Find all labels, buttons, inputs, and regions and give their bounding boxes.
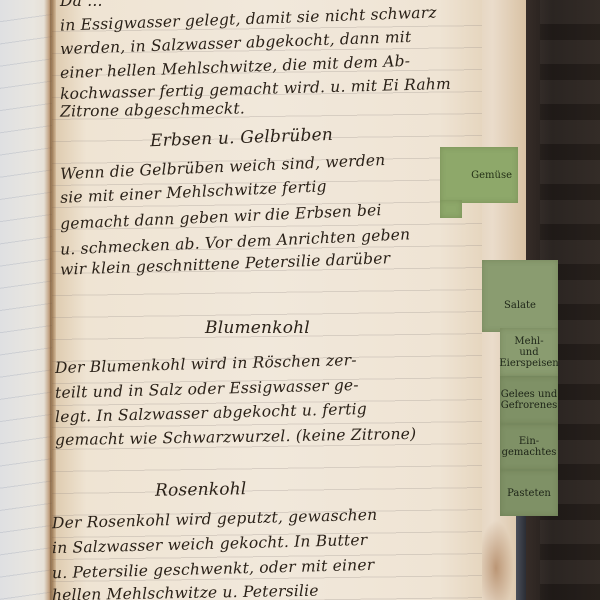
recipe-heading: Blumenkohl [205, 318, 310, 338]
notebook-photo: Da ... in Essigwasser gelegt, damit sie … [0, 0, 600, 600]
tab-label: Pasteten [507, 488, 551, 499]
index-tab-pasteten[interactable]: Pasteten [500, 470, 558, 516]
index-tab-gemuese[interactable]: Gemüse [440, 147, 518, 203]
text-line: Da ... [60, 0, 103, 10]
index-tab-mehl-und-eierspeisen[interactable]: Mehl- und Eierspeisen [500, 328, 558, 376]
tab-label: Gelees und Gefrorenes [501, 389, 558, 411]
index-tab-eingemachtes[interactable]: Ein- gemachtes [500, 424, 558, 470]
index-tab-salate[interactable]: Salate [482, 260, 558, 332]
tab-notch [440, 200, 462, 218]
page-stain [478, 520, 514, 600]
tab-label: Ein- gemachtes [502, 436, 557, 458]
tab-label: Mehl- und Eierspeisen [499, 336, 558, 369]
tab-label: Gemüse [471, 170, 512, 181]
index-tab-gelees-und-gefrorenes[interactable]: Gelees und Gefrorenes [500, 376, 558, 424]
recipe-heading: Rosenkohl [155, 479, 247, 501]
text-line: Zitrone abgeschmeckt. [60, 99, 245, 120]
tab-label: Salate [504, 300, 536, 311]
binding-gutter [44, 0, 56, 600]
